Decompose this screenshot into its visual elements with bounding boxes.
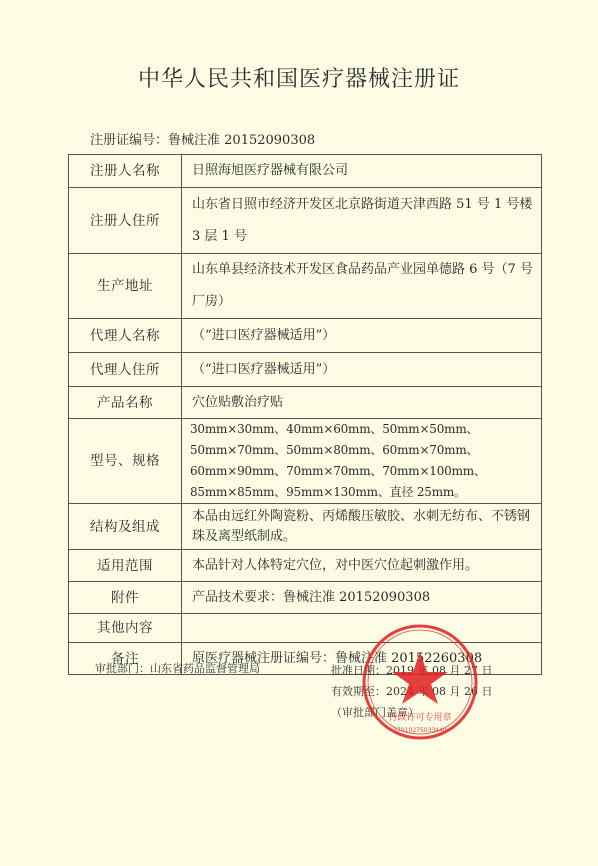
- cert-number-label: 注册证编号：: [90, 133, 168, 148]
- row-label: 代理人住所: [69, 353, 182, 387]
- registrant-address: 山东省日照市经济开发区北京路街道天津西路 51 号 1 号楼 3 层 1 号: [182, 188, 542, 254]
- table-row: 生产地址 山东单县经济技术开发区食品药品产业园单德路 6 号（7 号厂房）: [69, 254, 542, 319]
- row-label: 产品名称: [69, 387, 182, 419]
- table-row: 附件 产品技术要求：鲁械注准 20152090308: [69, 582, 542, 614]
- product-name: 穴位贴敷治疗贴: [182, 387, 542, 419]
- department-name: 山东省药品监督管理局: [150, 662, 260, 675]
- cert-number: 鲁械注准 20152090308: [168, 133, 315, 148]
- seal-text: 行政许可专用章: [388, 711, 451, 723]
- row-label: 代理人名称: [69, 319, 182, 353]
- row-label: 附件: [69, 582, 182, 614]
- table-row: 代理人名称 （“进口医疗器械适用”）: [69, 319, 542, 353]
- agent-address: （“进口医疗器械适用”）: [182, 353, 542, 387]
- table-row: 注册人住所 山东省日照市经济开发区北京路街道天津西路 51 号 1 号楼 3 层…: [69, 188, 542, 254]
- agent-name: （“进口医疗器械适用”）: [182, 319, 542, 353]
- table-row: 代理人住所 （“进口医疗器械适用”）: [69, 353, 542, 387]
- row-label: 结构及组成: [69, 504, 182, 550]
- registration-table: 注册人名称 日照海旭医疗器械有限公司 注册人住所 山东省日照市经济开发区北京路街…: [68, 154, 542, 675]
- row-label: 注册人名称: [69, 155, 182, 188]
- seal-number: 37010275033440: [393, 727, 447, 734]
- production-address: 山东单县经济技术开发区食品药品产业园单德路 6 号（7 号厂房）: [182, 254, 542, 319]
- table-row: 型号、规格 30mm×30mm、40mm×60mm、50mm×50mm、50mm…: [69, 419, 542, 504]
- row-label: 生产地址: [69, 254, 182, 319]
- row-label: 型号、规格: [69, 419, 182, 504]
- table-row: 适用范围 本品针对人体特定穴位，对中医穴位起刺激作用。: [69, 550, 542, 582]
- department-label: 审批部门：: [95, 662, 150, 675]
- table-row: 结构及组成 本品由远红外陶瓷粉、丙烯酸压敏胶、水刺无纺布、不锈钢珠及离型纸制成。: [69, 504, 542, 550]
- structure-composition: 本品由远红外陶瓷粉、丙烯酸压敏胶、水刺无纺布、不锈钢珠及离型纸制成。: [182, 504, 542, 550]
- table-row: 产品名称 穴位贴敷治疗贴: [69, 387, 542, 419]
- row-label: 适用范围: [69, 550, 182, 582]
- model-spec: 30mm×30mm、40mm×60mm、50mm×50mm、50mm×70mm、…: [182, 419, 542, 504]
- approval-department: 审批部门：山东省药品监督管理局: [95, 660, 260, 676]
- row-label: 其他内容: [69, 614, 182, 643]
- official-seal-icon: 行政许可专用章 37010275033440: [360, 622, 480, 742]
- document-title: 中华人民共和国医疗器械注册证: [0, 62, 598, 93]
- scope-of-application: 本品针对人体特定穴位，对中医穴位起刺激作用。: [182, 550, 542, 582]
- cert-number-line: 注册证编号：鲁械注准 20152090308: [90, 129, 315, 148]
- registrant-name: 日照海旭医疗器械有限公司: [182, 155, 542, 188]
- attachment: 产品技术要求：鲁械注准 20152090308: [182, 582, 542, 614]
- table-row: 注册人名称 日照海旭医疗器械有限公司: [69, 155, 542, 188]
- row-label: 注册人住所: [69, 188, 182, 254]
